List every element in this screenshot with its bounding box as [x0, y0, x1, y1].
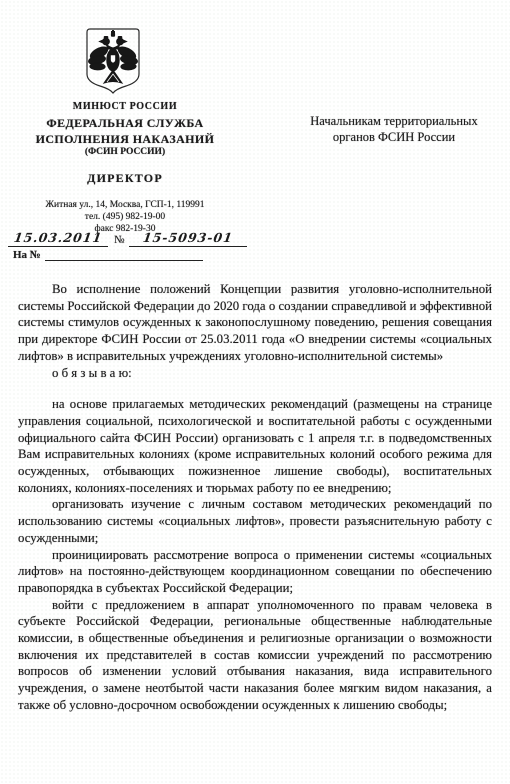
- document-page: МИНЮСТ РОССИИ ФЕДЕРАЛЬНАЯ СЛУЖБА ИСПОЛНЕ…: [0, 0, 510, 784]
- addressee-line1: Начальникам территориальных: [288, 113, 500, 129]
- obligation-word: о б я з ы в а ю:: [18, 365, 492, 382]
- service-name-line2: ИСПОЛНЕНИЯ НАКАЗАНИЙ: [0, 132, 250, 148]
- directive-paragraph: войти с предложением в аппарат уполномоч…: [18, 597, 492, 714]
- postal-address: Житная ул., 14, Москва, ГСП-1, 119991: [0, 199, 250, 211]
- addressee-line2: органов ФСИН России: [288, 129, 500, 145]
- date-field: 15.03.2011: [8, 230, 108, 247]
- service-name-line1: ФЕДЕРАЛЬНАЯ СЛУЖБА: [0, 116, 250, 132]
- reply-reference-label: На №: [13, 249, 41, 261]
- date-number-line: 15.03.2011 № 15-5093-01: [8, 230, 248, 247]
- letterhead: МИНЮСТ РОССИИ ФЕДЕРАЛЬНАЯ СЛУЖБА ИСПОЛНЕ…: [0, 101, 250, 235]
- handwritten-number: 15-5093-01: [141, 230, 233, 245]
- number-sign: №: [108, 234, 129, 247]
- reply-reference-blank: [45, 260, 203, 261]
- service-abbreviation: (ФСИН РОССИИ): [0, 147, 250, 157]
- double-headed-eagle-icon: [84, 27, 142, 97]
- signer-position: ДИРЕКТОР: [0, 171, 250, 186]
- directive-paragraph: организовать изучение с личным составом …: [18, 496, 492, 546]
- opening-paragraph: Во исполнение положений Концепции развит…: [18, 281, 492, 365]
- reply-reference-line: На №: [13, 249, 203, 261]
- outgoing-number-field: 15-5093-01: [129, 230, 247, 247]
- directive-paragraph: проинициировать рассмотрение вопроса о п…: [18, 547, 492, 597]
- handwritten-date: 15.03.2011: [13, 230, 103, 245]
- ministry-name: МИНЮСТ РОССИИ: [0, 101, 250, 112]
- directive-paragraph: на основе прилагаемых методических реком…: [18, 396, 492, 496]
- addressee-block: Начальникам территориальных органов ФСИН…: [288, 113, 500, 145]
- phone-number: тел. (495) 982-19-00: [0, 211, 250, 223]
- letter-body: Во исполнение положений Концепции развит…: [18, 281, 492, 714]
